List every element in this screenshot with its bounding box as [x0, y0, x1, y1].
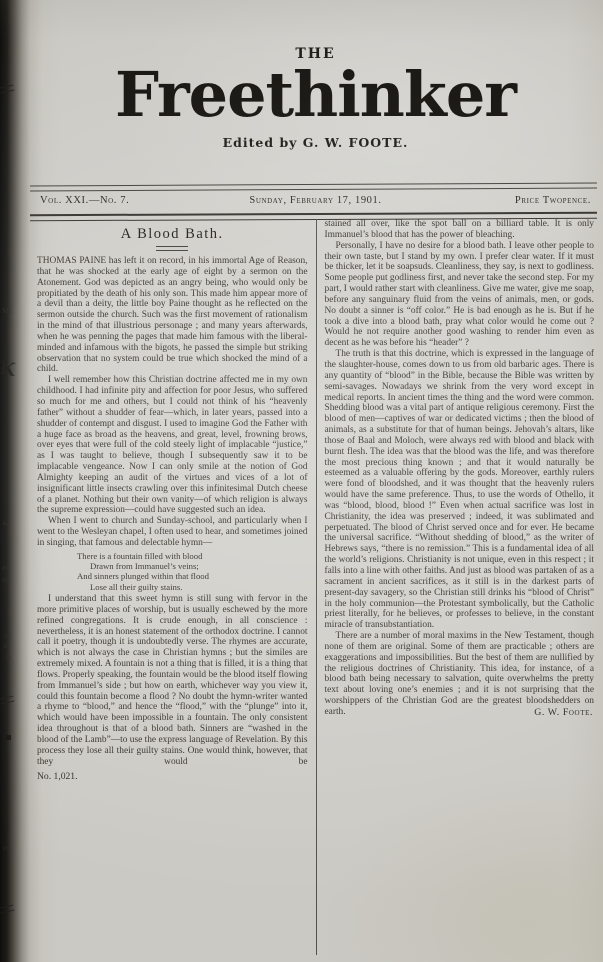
hymn-quote: There is a fountain filled with blood Dr…: [77, 551, 308, 592]
article-title: A Blood Bath.: [37, 226, 308, 243]
article-paragraph: I understand that this sweet hymn is sti…: [37, 594, 308, 768]
hymn-line: There is a fountain filled with blood: [77, 551, 308, 561]
right-column: stained all over, like the spot ball on …: [316, 219, 595, 955]
article-columns: A Blood Bath. THOMAS PAINE has left it o…: [37, 219, 594, 955]
title-underline: [156, 246, 188, 251]
issue-date: Sunday, February 17, 1901.: [202, 195, 429, 206]
price: Price Twopence.: [429, 195, 591, 206]
gutter-text-fragment: Mr.: [2, 306, 13, 315]
article-paragraph: I well remember how this Christian doctr…: [37, 375, 308, 516]
gutter-text-fragment: is: [6, 651, 11, 660]
gutter-text-fragment: s.: [3, 518, 8, 527]
article-paragraph: The truth is that this doctrine, which i…: [325, 349, 595, 631]
gutter-text-fragment: es’: [2, 563, 11, 572]
hymn-line: Lose all their guilty stains.: [90, 582, 308, 592]
volume-number: Vol. XXI.—No. 7.: [40, 195, 202, 206]
publication-title: Freethinker: [36, 63, 595, 126]
author-signature: G. W. Foote.: [325, 707, 595, 718]
hymn-line: Drawn from Immanuel’s veins;: [90, 561, 308, 571]
gutter-text-fragment: er: [3, 843, 9, 852]
gutter-text-fragment: ts: [4, 641, 9, 650]
gutter-rule-fragment: [0, 85, 14, 94]
gutter-rule-fragment: [0, 696, 14, 705]
gutter-text-fragment: K: [0, 357, 17, 382]
article-paragraph: stained all over, like the spot ball on …: [325, 219, 595, 241]
article-paragraph: There are a number of moral maxims in th…: [325, 631, 595, 718]
hymn-line: And sinners plunged within that flood: [77, 571, 308, 581]
gutter-ink-mark: [6, 735, 11, 740]
article-paragraph: Personally, I have no desire for a blood…: [325, 241, 595, 349]
masthead: THE Freethinker Edited by G. W. FOOTE.: [36, 46, 595, 150]
gutter-text-fragment: ng: [2, 575, 10, 584]
editor-byline: Edited by G. W. FOOTE.: [36, 135, 595, 150]
article-paragraph: THOMAS PAINE has left it on record, in h…: [37, 256, 308, 375]
book-gutter: Mr. K s. es’ ng ue ts is er: [0, 0, 40, 962]
gutter-rule-fragment: [0, 905, 14, 914]
gutter-text-fragment: ue: [4, 631, 11, 640]
divider-rule-upper: [30, 183, 597, 192]
dateline: Vol. XXI.—No. 7. Sunday, February 17, 19…: [40, 195, 591, 206]
article-paragraph: When I went to church and Sunday-school,…: [37, 516, 308, 549]
issue-number: No. 1,021.: [37, 771, 308, 782]
newspaper-page-scan: Mr. K s. es’ ng ue ts is er THE Freethin…: [0, 0, 603, 962]
left-column: A Blood Bath. THOMAS PAINE has left it o…: [37, 219, 316, 955]
